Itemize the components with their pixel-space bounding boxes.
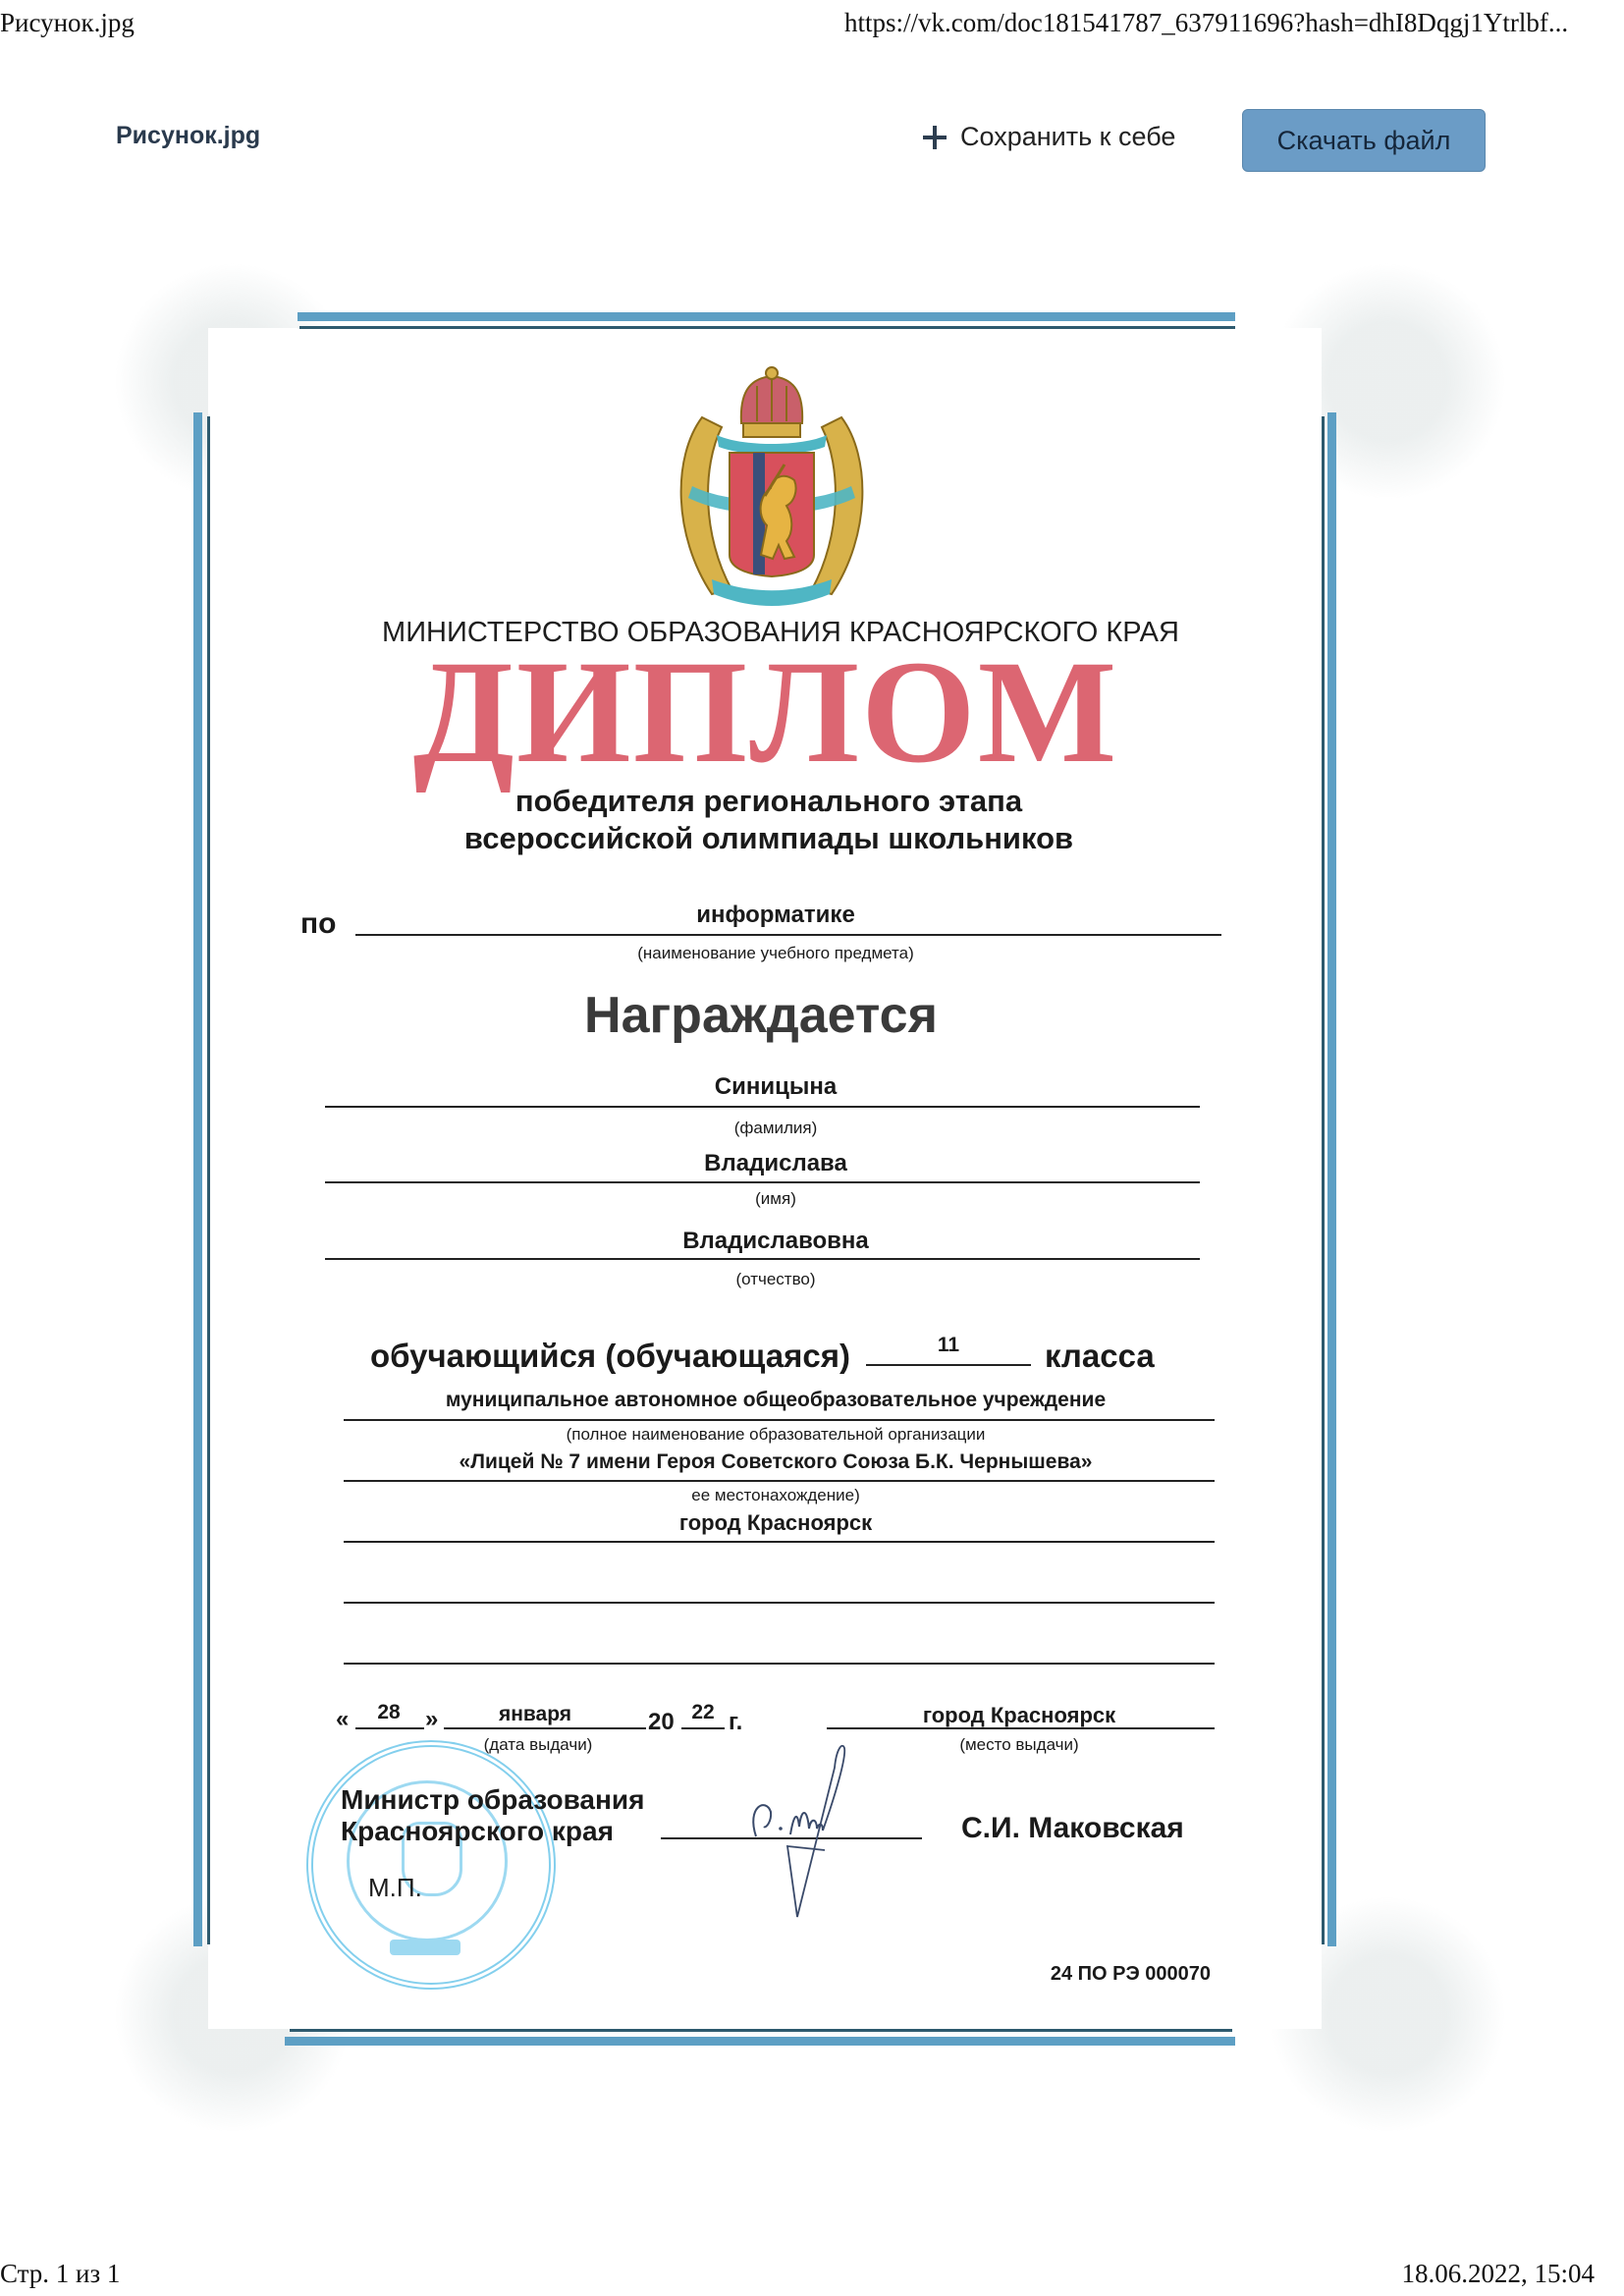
- signer-name: С.И. Маковская: [961, 1812, 1184, 1844]
- signer-title-line-1: Министр образования: [341, 1785, 644, 1816]
- document-file-name: Рисунок.jpg: [116, 122, 260, 150]
- name-caption: (имя): [755, 1189, 796, 1209]
- coat-of-arms-icon: [663, 358, 881, 614]
- org-city: город Красноярск: [679, 1510, 872, 1536]
- subtitle-line-2: всероссийской олимпиады школьников: [464, 821, 1073, 856]
- print-footer-page: Стр. 1 из 1: [0, 2259, 120, 2289]
- org-caption-1: (полное наименование образовательной орг…: [567, 1425, 986, 1445]
- frame-right-thick: [1327, 412, 1336, 1946]
- surname-line: [325, 1106, 1200, 1108]
- print-header-url: https://vk.com/doc181541787_637911696?ha…: [844, 8, 1568, 38]
- blank-line-2: [344, 1663, 1215, 1665]
- frame-top-thick: [298, 312, 1235, 321]
- subject-prefix: по: [300, 907, 336, 941]
- subtitle-line-1: победителя регионального этапа: [515, 784, 1022, 819]
- frame-left-thin: [207, 416, 210, 1944]
- org-line-2-rule: [344, 1480, 1215, 1482]
- date-day-line: [355, 1727, 424, 1729]
- date-month: января: [499, 1703, 571, 1726]
- blank-line-1: [344, 1602, 1215, 1604]
- date-day: 28: [377, 1701, 400, 1724]
- org-line-2: «Лицей № 7 имени Героя Советского Союза …: [460, 1450, 1093, 1474]
- date-close-quote: »: [425, 1706, 438, 1733]
- date-year-line: [681, 1727, 725, 1729]
- place-value: город Красноярск: [923, 1703, 1115, 1728]
- date-caption: (дата выдачи): [484, 1735, 593, 1755]
- student-label: обучающийся (обучающаяся): [370, 1338, 850, 1375]
- subject-value: информатике: [696, 902, 855, 929]
- surname-value: Синицына: [715, 1073, 837, 1101]
- patronymic-value: Владиславовна: [682, 1228, 869, 1255]
- place-caption: (место выдачи): [959, 1735, 1078, 1755]
- signature-icon: [727, 1738, 874, 1920]
- serial-number: 24 ПО РЭ 000070: [1051, 1963, 1211, 1986]
- date-month-line: [444, 1727, 646, 1729]
- place-line: [827, 1727, 1215, 1729]
- official-stamp: [306, 1740, 556, 1990]
- signer-title-line-2: Красноярского края: [341, 1817, 614, 1847]
- download-label: Скачать файл: [1277, 126, 1451, 156]
- frame-bottom-thick: [285, 2037, 1235, 2046]
- grade-line: [866, 1364, 1031, 1366]
- print-footer-datetime: 18.06.2022, 15:04: [1401, 2259, 1595, 2289]
- patronymic-caption: (отчество): [735, 1270, 815, 1289]
- date-open-quote: «: [336, 1706, 349, 1733]
- save-to-my-docs-button[interactable]: Сохранить к себе: [923, 122, 1175, 152]
- subject-line: [355, 934, 1221, 936]
- org-city-rule: [344, 1541, 1215, 1543]
- grade-value: 11: [938, 1334, 959, 1357]
- seal-label: М.П.: [368, 1873, 422, 1903]
- download-file-button[interactable]: Скачать файл: [1242, 109, 1486, 172]
- date-year-suffix: 22: [691, 1701, 714, 1724]
- grade-suffix: класса: [1045, 1338, 1155, 1375]
- name-line: [325, 1181, 1200, 1183]
- save-label: Сохранить к себе: [960, 122, 1175, 152]
- date-year-prefix: 20: [648, 1709, 675, 1736]
- frame-bottom-thin: [290, 2029, 1232, 2032]
- frame-right-thin: [1322, 416, 1325, 1944]
- date-year-unit: г.: [729, 1709, 742, 1736]
- org-caption-2: ее местонахождение): [691, 1486, 860, 1505]
- surname-caption: (фамилия): [734, 1119, 818, 1138]
- org-line-1-rule: [344, 1419, 1215, 1421]
- frame-top-thin: [299, 326, 1235, 329]
- org-line-1: муниципальное автономное общеобразовател…: [446, 1389, 1106, 1412]
- print-header-title: Рисунок.jpg: [0, 8, 135, 38]
- frame-left-thick: [193, 412, 202, 1946]
- name-value: Владислава: [704, 1150, 847, 1177]
- awarded-heading: Награждается: [584, 986, 938, 1045]
- diploma-title: ДИПЛОМ: [413, 638, 1119, 786]
- patronymic-line: [325, 1258, 1200, 1260]
- subject-caption: (наименование учебного предмета): [637, 944, 914, 963]
- plus-icon: [923, 126, 947, 149]
